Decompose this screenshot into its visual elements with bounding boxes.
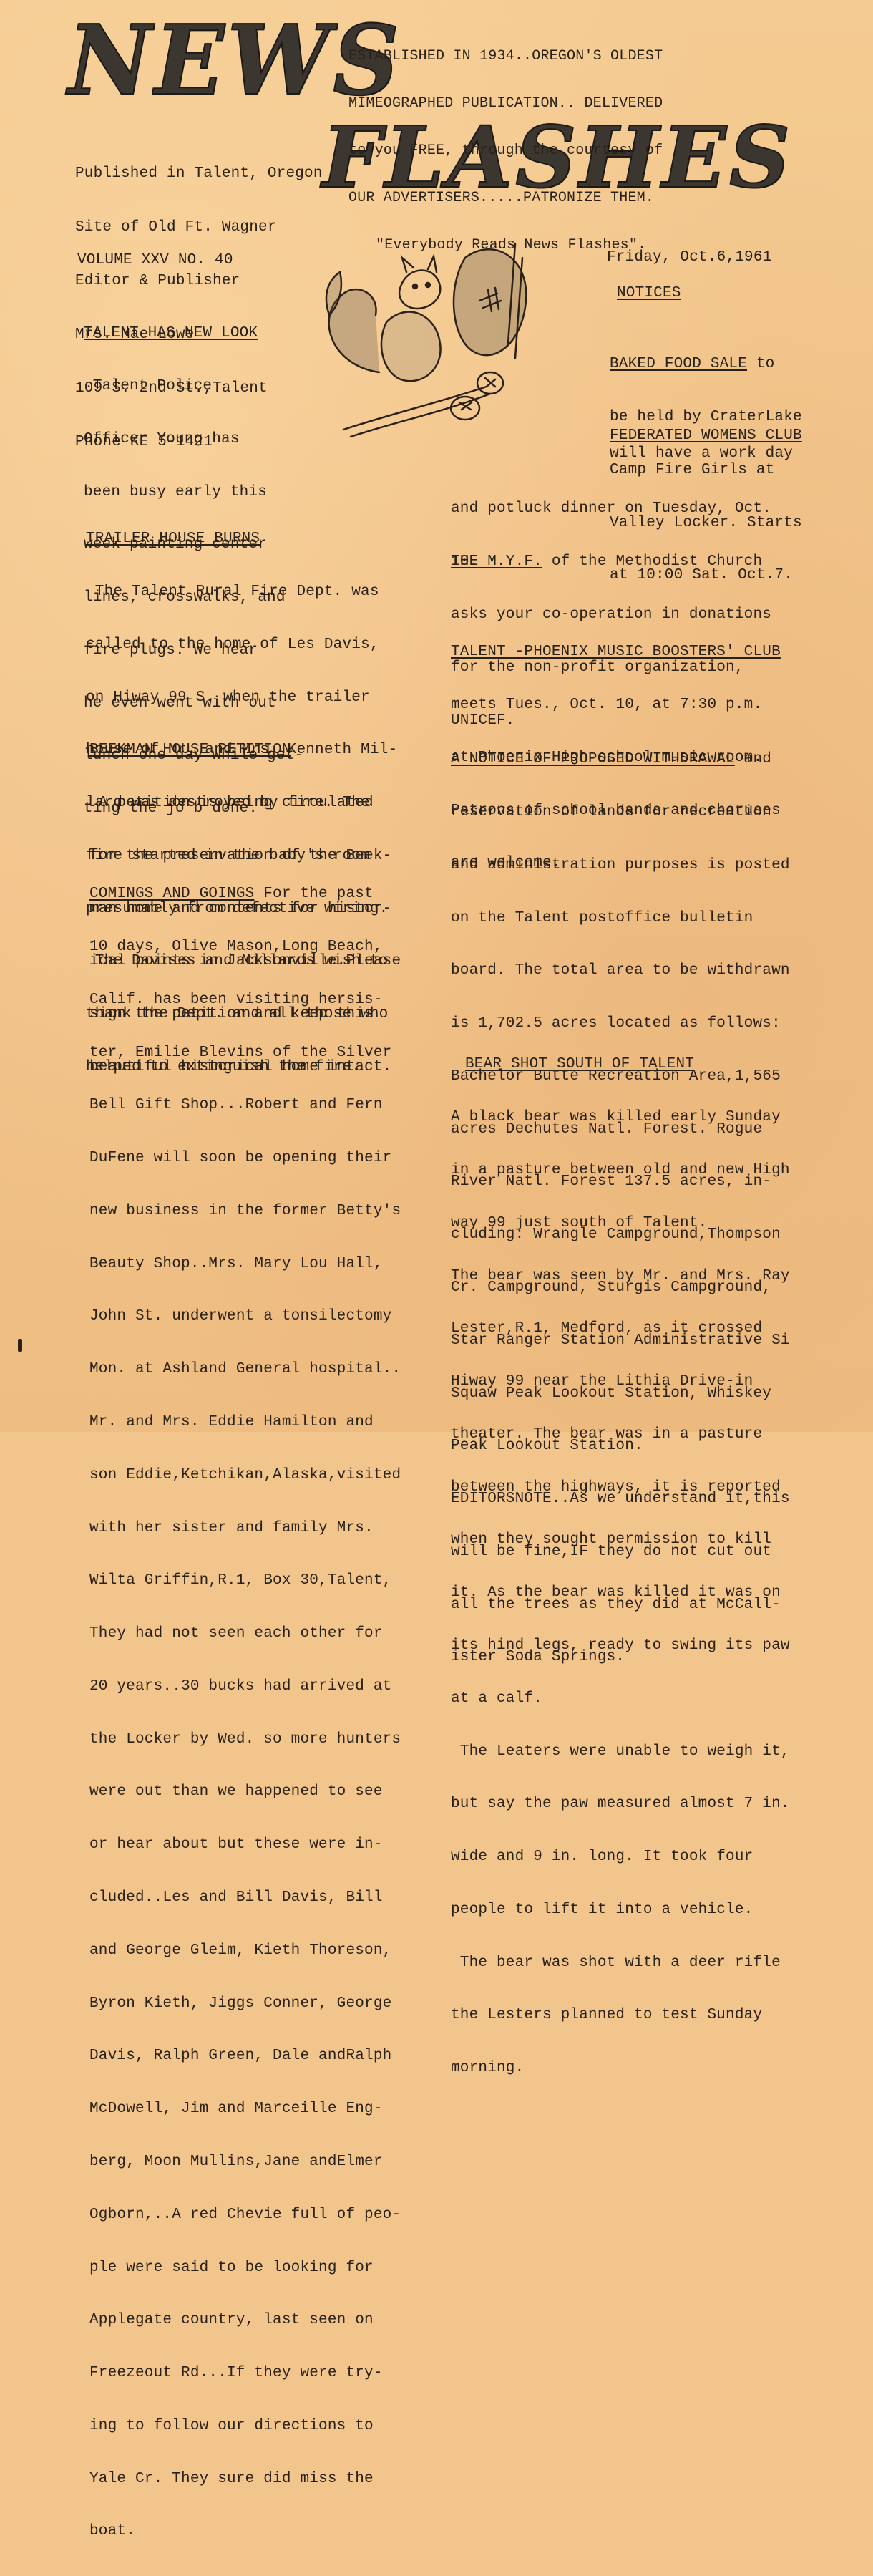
article-line: A black bear was killed early Sunday	[451, 1109, 790, 1127]
article-line: John St. underwent a tonsilectomy	[89, 1308, 401, 1326]
article-line: on Hiway 99 S. when the trailer	[86, 689, 397, 707]
article-line: Mon. at Ashland General hospital..	[89, 1361, 401, 1379]
volume-number: VOLUME XXV NO. 40	[77, 252, 233, 270]
notice-headline-federated-womens-club: FEDERATED WOMENS CLUB	[610, 427, 802, 445]
article-line: Officer Young has	[84, 431, 303, 449]
notices-heading: NOTICES	[617, 285, 681, 303]
notice-headline: BAKED FOOD SALE	[610, 356, 747, 372]
issue-date: Friday, Oct.6,1961	[607, 249, 771, 267]
article-line: theater. The bear was in a pasture	[451, 1426, 790, 1432]
article-line: new business in the former Betty's	[89, 1203, 401, 1221]
notice-line: reservation of lands for recreation	[451, 804, 790, 822]
article-line: way 99 just south of Talent.	[451, 1215, 790, 1233]
margin-mark	[18, 1339, 22, 1352]
article-line: Bell Gift Shop...Robert and Fern	[89, 1097, 401, 1115]
article-bear-shot: A black bear was killed early Sunday in …	[451, 1074, 790, 1432]
notice-headline: THE M.Y.F.	[451, 553, 542, 570]
notice-line: meets Tues., Oct. 10, at 7:30 p.m.	[451, 697, 781, 715]
notice-headline: TALENT -PHOENIX MUSIC BOOSTERS' CLUB	[451, 644, 781, 662]
article-line: Mr. and Mrs. Eddie Hamilton and	[89, 1414, 401, 1432]
article-line: A petition is being circulated	[89, 795, 401, 813]
article-headline: BEEKMAN HOUSE PETITION	[89, 742, 401, 760]
article-line: Hiway 99 near the Lithia Drive-in	[451, 1373, 790, 1391]
newspaper-page: NEWS FLASHES ESTABLISHED IN 1934..OREGON…	[0, 0, 873, 1432]
article-line: called to the home of Les Davis,	[86, 636, 397, 654]
article-line: in a pasture between old and new High	[451, 1162, 790, 1180]
tagline-line: OUR ADVERTISERS.....PATRONIZE THEM.	[348, 190, 663, 206]
article-headline: COMINGS AND GOINGS	[89, 886, 254, 902]
publisher-line: Editor & Publisher	[75, 272, 323, 290]
article-line: The Talent Rural Fire Dept. was	[86, 584, 397, 601]
notice-line: and potluck dinner on Tuesday, Oct.	[451, 500, 771, 518]
article-line: The bear was seen by Mr. and Mrs. Ray	[451, 1268, 790, 1286]
notice-line: and administration purposes is posted	[451, 857, 790, 875]
article-headline: TALENT HAS NEW LOOK	[84, 325, 303, 343]
article-line: ter, Emilie Blevins of the Silver	[89, 1045, 401, 1062]
article-line: Lester,R.1, Medford, as it crossed	[451, 1320, 790, 1338]
notice-lead: to	[747, 356, 774, 372]
notice-line: is 1,702.5 acres located as follows:	[451, 1015, 790, 1033]
article-lead: For the past	[254, 886, 373, 902]
notice-headline-bear-shot: BEAR SHOT SOUTH OF TALENT	[465, 1056, 694, 1074]
notice-lead: and	[735, 751, 771, 768]
notice-line: on the Talent postoffice bulletin	[451, 910, 790, 928]
article-line: 10 days, Olive Mason,Long Beach,	[89, 939, 401, 957]
squirrel-illustration-icon	[301, 215, 537, 451]
notice-line: will have a work day	[610, 445, 793, 463]
article-line: Talent Police	[84, 378, 303, 396]
notice-headline: A NOTICE OF PROPOSED WITHDRAWAL	[451, 751, 735, 768]
publisher-line: Published in Talent, Oregon	[75, 165, 323, 183]
tagline-line: ESTABLISHED IN 1934..OREGON'S OLDEST	[348, 49, 663, 64]
article-line: Beauty Shop..Mrs. Mary Lou Hall,	[89, 1256, 401, 1274]
article-line: Calif. has been visiting hersis-	[89, 992, 401, 1009]
tagline-line: to you FREE, through the courtesy of	[348, 143, 663, 159]
notice-line: be held by CraterLake	[610, 409, 802, 427]
article-line: DuFene will soon be opening their	[89, 1150, 401, 1168]
publisher-line: Site of Old Ft. Wagner	[75, 218, 323, 236]
notice-lead: of the Methodist Church	[542, 553, 762, 570]
article-comings-and-goings: COMINGS AND GOINGS For the past 10 days,…	[89, 851, 401, 1432]
tagline-line: MIMEOGRAPHED PUBLICATION.. DELIVERED	[348, 96, 663, 112]
notice-line: board. The total area to be withdrawn	[451, 962, 790, 980]
article-headline: TRAILER HOUSE BURNS	[86, 531, 397, 548]
